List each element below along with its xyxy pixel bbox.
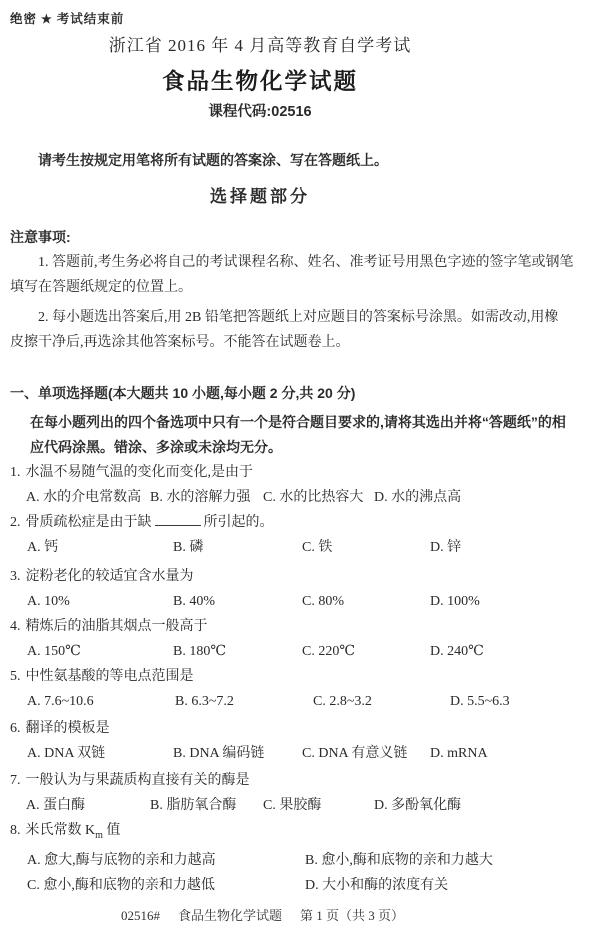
question-text: 米氏常数 K xyxy=(26,823,96,838)
question-4: 4.精炼后的油脂其烟点一般高于 A. 150℃ B. 180℃ C. 220℃ … xyxy=(0,614,610,664)
title-block: 浙江省 2016 年 4 月高等教育自学考试 食品生物化学试题 课程代码:025… xyxy=(10,34,510,124)
option-a: A. 150℃ xyxy=(27,639,173,664)
question-stem: 2.骨质疏松症是由于缺所引起的。 xyxy=(0,510,610,535)
footer-paper-title: 食品生物化学试题 xyxy=(178,908,282,923)
option-b: B. 6.3~7.2 xyxy=(175,689,313,714)
option-d: D. 大小和酶的浓度有关 xyxy=(305,873,610,898)
question-options: A. 钙 B. 磷 C. 铁 D. 锌 xyxy=(0,535,610,560)
option-d: D. 多酚氧化酶 xyxy=(374,793,610,818)
option-c: C. 水的比热容大 xyxy=(263,485,374,510)
question-number: 7. xyxy=(10,773,21,788)
question-stem: 7.一般认为与果蔬质构直接有关的酶是 xyxy=(0,768,610,793)
question-text: 一般认为与果蔬质构直接有关的酶是 xyxy=(26,773,250,788)
question-options-row-1: A. 愈大,酶与底物的亲和力越高 B. 愈小,酶和底物的亲和力越大 xyxy=(0,848,610,873)
question-stem: 4.精炼后的油脂其烟点一般高于 xyxy=(0,614,610,639)
question-text: 骨质疏松症是由于缺 xyxy=(26,515,152,530)
section-title: 选择题部分 xyxy=(10,183,510,211)
secrecy-banner: 绝密★考试结束前 xyxy=(10,10,610,28)
question-options: A. 7.6~10.6 B. 6.3~7.2 C. 2.8~3.2 D. 5.5… xyxy=(0,689,610,714)
part-intro-line: 在每小题列出的四个备选项中只有一个是符合题目要求的,请将其选出并将“答题纸”的相 xyxy=(0,410,610,435)
question-stem: 8.米氏常数 Km 值 xyxy=(0,818,610,848)
part-intro-line: 应代码涂黑。错涂、多涂或未涂均无分。 xyxy=(0,435,610,460)
option-a: A. 愈大,酶与底物的亲和力越高 xyxy=(27,848,305,873)
question-number: 4. xyxy=(10,619,21,634)
question-text: 值 xyxy=(103,823,121,838)
km-subscript: m xyxy=(95,830,103,841)
secrecy-label: 绝密 xyxy=(10,12,37,26)
option-a: A. DNA 双链 xyxy=(27,741,173,766)
option-b: B. 180℃ xyxy=(173,639,302,664)
question-number: 6. xyxy=(10,721,21,736)
course-code: 课程代码:02516 xyxy=(10,100,510,124)
option-d: D. 100% xyxy=(430,589,610,614)
question-2: 2.骨质疏松症是由于缺所引起的。 A. 钙 B. 磷 C. 铁 D. 锌 xyxy=(0,510,610,560)
secrecy-note: 考试结束前 xyxy=(57,12,125,26)
question-text: 中性氨基酸的等电点范围是 xyxy=(26,669,194,684)
option-c: C. 2.8~3.2 xyxy=(313,689,450,714)
option-a: A. 蛋白酶 xyxy=(26,793,150,818)
question-number: 3. xyxy=(10,569,21,584)
footer-page-number: 第 1 页（共 3 页） xyxy=(300,908,404,923)
exam-session: 浙江省 2016 年 4 月高等教育自学考试 xyxy=(10,34,510,58)
question-5: 5.中性氨基酸的等电点范围是 A. 7.6~10.6 B. 6.3~7.2 C.… xyxy=(0,664,610,714)
question-options: A. 水的介电常数高 B. 水的溶解力强 C. 水的比热容大 D. 水的沸点高 xyxy=(0,485,610,510)
footer-course-code: 02516# xyxy=(121,908,160,923)
option-b: B. DNA 编码链 xyxy=(173,741,302,766)
answer-sheet-instruction: 请考生按规定用笔将所有试题的答案涂、写在答题纸上。 xyxy=(38,148,610,173)
question-number: 5. xyxy=(10,669,21,684)
note-line: 填写在答题纸规定的位置上。 xyxy=(0,275,610,300)
question-number: 1. xyxy=(10,465,21,480)
option-a: A. 水的介电常数高 xyxy=(26,485,150,510)
question-3: 3.淀粉老化的较适宜含水量为 A. 10% B. 40% C. 80% D. 1… xyxy=(0,564,610,614)
note-line: 2. 每小题选出答案后,用 2B 铅笔把答题纸上对应题目的答案标号涂黑。如需改动… xyxy=(0,305,610,330)
star-icon: ★ xyxy=(41,12,53,26)
question-text: 精炼后的油脂其烟点一般高于 xyxy=(26,619,208,634)
question-text: 淀粉老化的较适宜含水量为 xyxy=(26,569,194,584)
paper-title: 食品生物化学试题 xyxy=(10,64,510,100)
question-stem: 3.淀粉老化的较适宜含水量为 xyxy=(0,564,610,589)
question-text: 所引起的。 xyxy=(204,515,274,530)
option-c: C. 愈小,酶和底物的亲和力越低 xyxy=(27,873,305,898)
option-d: D. 5.5~6.3 xyxy=(450,689,610,714)
option-b: B. 水的溶解力强 xyxy=(150,485,263,510)
option-d: D. 水的沸点高 xyxy=(374,485,610,510)
option-b: B. 磷 xyxy=(173,535,302,560)
option-a: A. 钙 xyxy=(27,535,173,560)
option-d: D. 锌 xyxy=(430,535,610,560)
option-b: B. 愈小,酶和底物的亲和力越大 xyxy=(305,848,610,873)
page-footer: 02516#食品生物化学试题第 1 页（共 3 页） xyxy=(0,906,525,926)
section-title-wrap: 选择题部分 xyxy=(10,183,510,211)
question-1: 1.水温不易随气温的变化而变化,是由于 A. 水的介电常数高 B. 水的溶解力强… xyxy=(0,460,610,510)
question-options-row-2: C. 愈小,酶和底物的亲和力越低 D. 大小和酶的浓度有关 xyxy=(0,873,610,898)
option-c: C. 220℃ xyxy=(302,639,430,664)
option-d: D. 240℃ xyxy=(430,639,610,664)
notes-title: 注意事项: xyxy=(10,225,610,250)
question-number: 2. xyxy=(10,515,21,530)
note-item-1: 1. 答题前,考生务必将自己的考试课程名称、姓名、准考证号用黑色字迹的签字笔或钢… xyxy=(0,250,610,300)
note-line: 1. 答题前,考生务必将自己的考试课程名称、姓名、准考证号用黑色字迹的签字笔或钢… xyxy=(0,250,610,275)
question-text: 水温不易随气温的变化而变化,是由于 xyxy=(26,465,254,480)
option-b: B. 脂肪氧合酶 xyxy=(150,793,263,818)
question-stem: 5.中性氨基酸的等电点范围是 xyxy=(0,664,610,689)
blank-underline xyxy=(155,513,201,526)
question-7: 7.一般认为与果蔬质构直接有关的酶是 A. 蛋白酶 B. 脂肪氧合酶 C. 果胶… xyxy=(0,768,610,818)
option-a: A. 7.6~10.6 xyxy=(27,689,175,714)
question-options: A. 10% B. 40% C. 80% D. 100% xyxy=(0,589,610,614)
option-c: C. 80% xyxy=(302,589,430,614)
exam-paper-page: 绝密★考试结束前 浙江省 2016 年 4 月高等教育自学考试 食品生物化学试题… xyxy=(0,0,610,929)
option-a: A. 10% xyxy=(27,589,173,614)
question-8: 8.米氏常数 Km 值 A. 愈大,酶与底物的亲和力越高 B. 愈小,酶和底物的… xyxy=(0,818,610,898)
note-item-2: 2. 每小题选出答案后,用 2B 铅笔把答题纸上对应题目的答案标号涂黑。如需改动… xyxy=(0,305,610,355)
option-c: C. 果胶酶 xyxy=(263,793,374,818)
question-options: A. 蛋白酶 B. 脂肪氧合酶 C. 果胶酶 D. 多酚氧化酶 xyxy=(0,793,610,818)
part-heading: 一、单项选择题(本大题共 10 小题,每小题 2 分,共 20 分) xyxy=(10,381,610,406)
question-number: 8. xyxy=(10,823,21,838)
question-6: 6.翻译的模板是 A. DNA 双链 B. DNA 编码链 C. DNA 有意义… xyxy=(0,716,610,766)
question-stem: 1.水温不易随气温的变化而变化,是由于 xyxy=(0,460,610,485)
option-b: B. 40% xyxy=(173,589,302,614)
question-stem: 6.翻译的模板是 xyxy=(0,716,610,741)
question-options: A. DNA 双链 B. DNA 编码链 C. DNA 有意义链 D. mRNA xyxy=(0,741,610,766)
option-d: D. mRNA xyxy=(430,741,610,766)
option-c: C. 铁 xyxy=(302,535,430,560)
note-line: 皮擦干净后,再选涂其他答案标号。不能答在试题卷上。 xyxy=(0,330,610,355)
option-c: C. DNA 有意义链 xyxy=(302,741,430,766)
question-options: A. 150℃ B. 180℃ C. 220℃ D. 240℃ xyxy=(0,639,610,664)
question-text: 翻译的模板是 xyxy=(26,721,110,736)
